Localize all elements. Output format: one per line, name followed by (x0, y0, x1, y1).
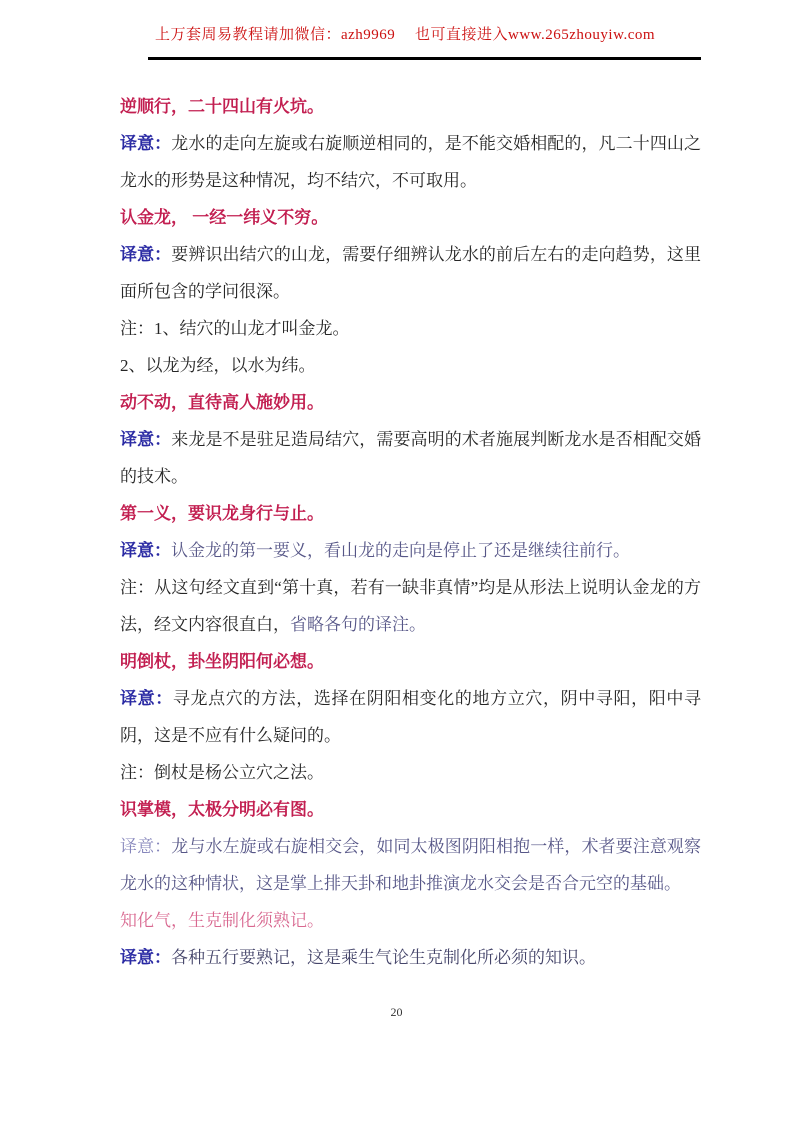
page-footer: 20 (0, 1005, 793, 1020)
paragraph: 注：从这句经文直到“第十真，若有一缺非真情”均是从形法上说明认金龙的方法，经文内… (120, 569, 701, 643)
paragraph-label: 译意： (120, 134, 171, 153)
paragraph-label: 译意： (120, 541, 171, 560)
section-heading: 明倒杖，卦坐阴阳何必想。 (120, 643, 701, 680)
paragraph: 译意：来龙是不是驻足造局结穴，需要高明的术者施展判断龙水是否相配交婚的技术。 (120, 421, 701, 495)
paragraph: 译意：各种五行要熟记，这是乘生气论生克制化所必须的知识。 (120, 939, 701, 976)
text-run: 注：1、结穴的山龙才叫金龙。 (120, 319, 350, 338)
section-heading: 逆顺行，二十四山有火坑。 (120, 88, 701, 125)
header-divider (148, 57, 701, 60)
section-heading: 认金龙， 一经一纬义不穷。 (120, 199, 701, 236)
text-run: 寻龙点穴的方法，选择在阴阳相变化的地方立穴，阴中寻阳，阳中寻阴，这是不应有什么疑… (120, 689, 701, 745)
paragraph: 2、以龙为经，以水为纬。 (120, 347, 701, 384)
paragraph-label: 译意： (120, 245, 171, 264)
section-heading: 识掌模，太极分明必有图。 (120, 791, 701, 828)
header-text: 上万套周易教程请加微信：azh9969 也可直接进入www.265zhouyiw… (155, 27, 655, 43)
paragraph-label: 译意： (120, 430, 171, 449)
text-run: 龙水的走向左旋或右旋顺逆相同的，是不能交婚相配的，凡二十四山之龙水的形势是这种情… (120, 134, 701, 190)
section-heading: 动不动，直待高人施妙用。 (120, 384, 701, 421)
section-heading: 第一义，要识龙身行与止。 (120, 495, 701, 532)
text-run: 注：倒杖是杨公立穴之法。 (120, 763, 324, 782)
text-run: 要辨识出结穴的山龙，需要仔细辨认龙水的前后左右的走向趋势，这里面所包含的学问很深… (120, 245, 701, 301)
text-run: 来龙是不是驻足造局结穴，需要高明的术者施展判断龙水是否相配交婚的技术。 (120, 430, 701, 486)
paragraph: 译意：龙水的走向左旋或右旋顺逆相同的，是不能交婚相配的，凡二十四山之龙水的形势是… (120, 125, 701, 199)
section-heading: 知化气，生克制化须熟记。 (120, 902, 701, 939)
paragraph: 译意：要辨识出结穴的山龙，需要仔细辨认龙水的前后左右的走向趋势，这里面所包含的学… (120, 236, 701, 310)
paragraph: 译意：认金龙的第一要义，看山龙的走向是停止了还是继续往前行。 (120, 532, 701, 569)
paragraph-label: 译意： (120, 837, 171, 856)
paragraph-label: 译意： (120, 948, 171, 967)
paragraph: 译意：寻龙点穴的方法，选择在阴阳相变化的地方立穴，阴中寻阳，阳中寻阴，这是不应有… (120, 680, 701, 754)
paragraph: 译意：龙与水左旋或右旋相交会，如同太极图阴阳相抱一样，术者要注意观察龙水的这种情… (120, 828, 701, 902)
text-run: 认金龙的第一要义，看山龙的走向是停止了还是继续往前行。 (171, 541, 630, 560)
paragraph-label: 译意： (120, 689, 173, 708)
page-number: 20 (391, 1005, 403, 1019)
text-run: 2、以龙为经，以水为纬。 (120, 356, 316, 375)
text-run: 各种五行要熟记，这是乘生气论生克制化所必须的知识。 (171, 948, 596, 967)
paragraph: 注：倒杖是杨公立穴之法。 (120, 754, 701, 791)
text-run: 省略各句的译注。 (290, 615, 426, 634)
document-content: 逆顺行，二十四山有火坑。译意：龙水的走向左旋或右旋顺逆相同的，是不能交婚相配的，… (120, 88, 701, 976)
paragraph: 注：1、结穴的山龙才叫金龙。 (120, 310, 701, 347)
page-header: 上万套周易教程请加微信：azh9969 也可直接进入www.265zhouyiw… (0, 6, 793, 61)
text-run: 龙与水左旋或右旋相交会，如同太极图阴阳相抱一样，术者要注意观察龙水的这种情状，这… (120, 837, 701, 893)
document-page: 上万套周易教程请加微信：azh9969 也可直接进入www.265zhouyiw… (0, 0, 793, 1123)
